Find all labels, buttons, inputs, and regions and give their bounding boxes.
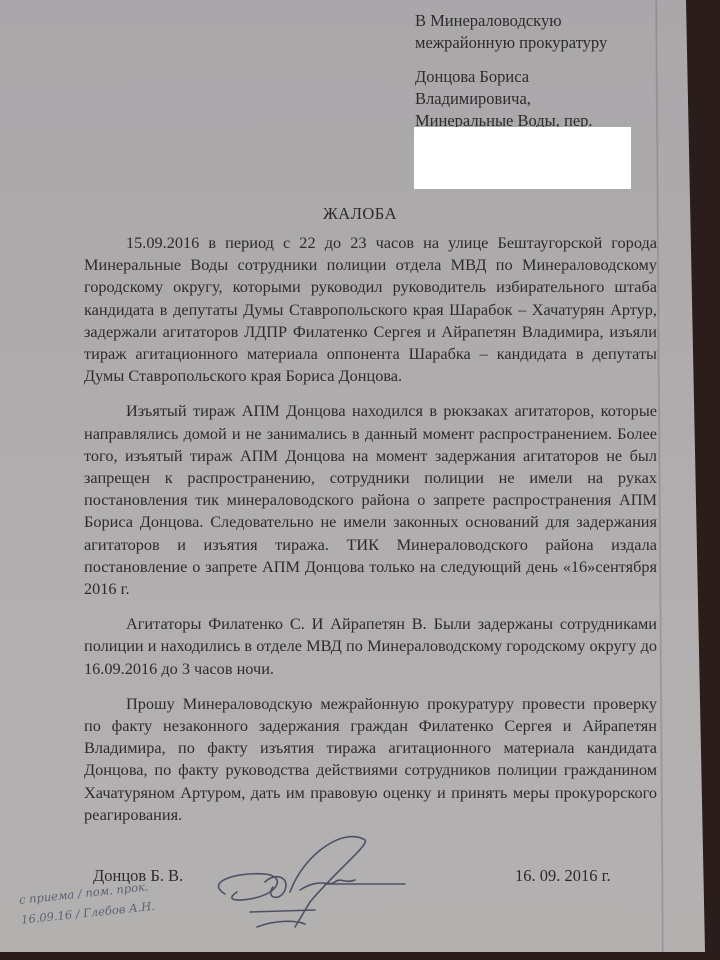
sender-line-1: Донцова Бориса [415,66,655,88]
addressee-line-1: В Минераловодскую [415,10,655,32]
paragraph-2: Изъятый тираж АПМ Донцова находился в рю… [84,400,657,600]
complaint-body: 15.09.2016 в период с 22 до 23 часов на … [84,232,657,839]
paragraph-1: 15.09.2016 в период с 22 до 23 часов на … [84,232,657,387]
paragraph-3: Агитаторы Филатенко С. И Айрапетян В. Бы… [84,613,657,680]
signature-date: 16. 09. 2016 г. [515,866,611,886]
document-title: ЖАЛОБА [0,204,720,224]
handwritten-signature-icon [195,832,435,952]
sender-line-2: Владимировича, [415,88,655,110]
redaction-box [414,127,631,189]
addressee-line-2: межрайонную прокуратуру [415,32,655,54]
paragraph-4: Прошу Минераловодскую межрайонную прокур… [84,693,657,826]
addressee-block: В Минераловодскую межрайонную прокуратур… [415,10,655,132]
